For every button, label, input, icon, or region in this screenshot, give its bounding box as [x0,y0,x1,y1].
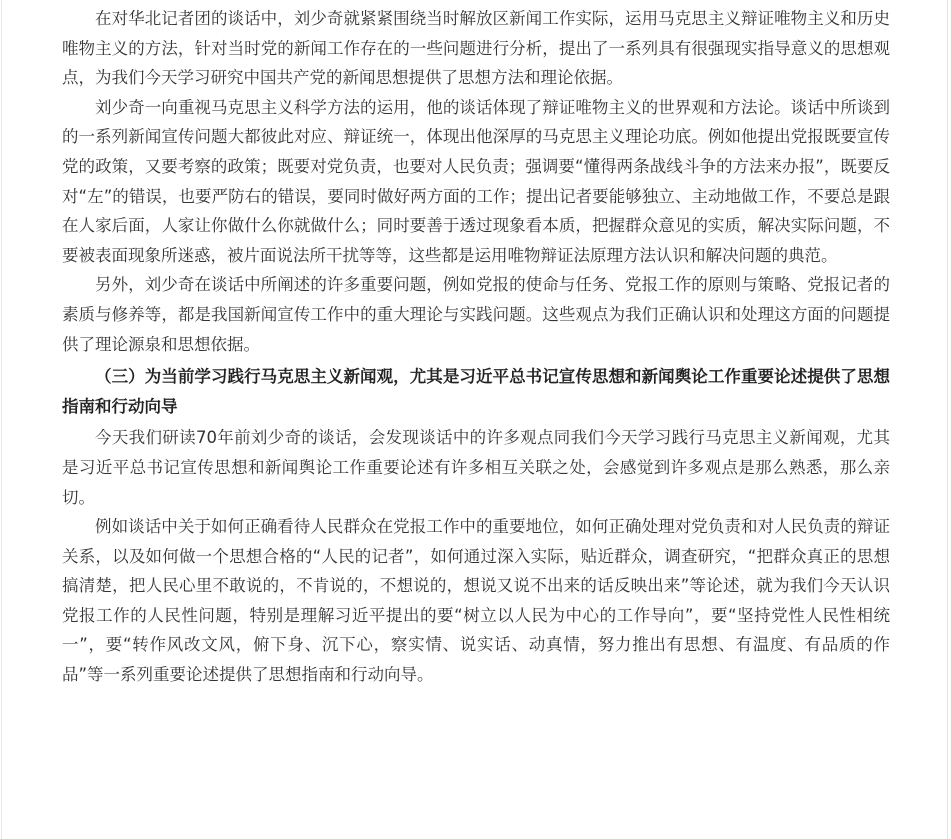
paragraph-1: 在对华北记者团的谈话中，刘少奇就紧紧围绕当时解放区新闻工作实际，运用马克思主义辩… [62,4,890,93]
article-body: 在对华北记者团的谈话中，刘少奇就紧紧围绕当时解放区新闻工作实际，运用马克思主义辩… [62,4,890,690]
paragraph-5: 例如谈话中关于如何正确看待人民群众在党报工作中的重要地位，如何正确处理对党负责和… [62,512,890,690]
paragraph-3: 另外，刘少奇在谈话中所阐述的许多重要问题，例如党报的使命与任务、党报工作的原则与… [62,270,890,359]
paragraph-4: 今天我们研读70年前刘少奇的谈话，会发现谈话中的许多观点同我们今天学习践行马克思… [62,423,890,512]
section-heading: （三）为当前学习践行马克思主义新闻观，尤其是习近平总书记宣传思想和新闻舆论工作重… [62,362,890,421]
paragraph-2: 刘少奇一向重视马克思主义科学方法的运用，他的谈话体现了辩证唯物主义的世界观和方法… [62,93,890,271]
